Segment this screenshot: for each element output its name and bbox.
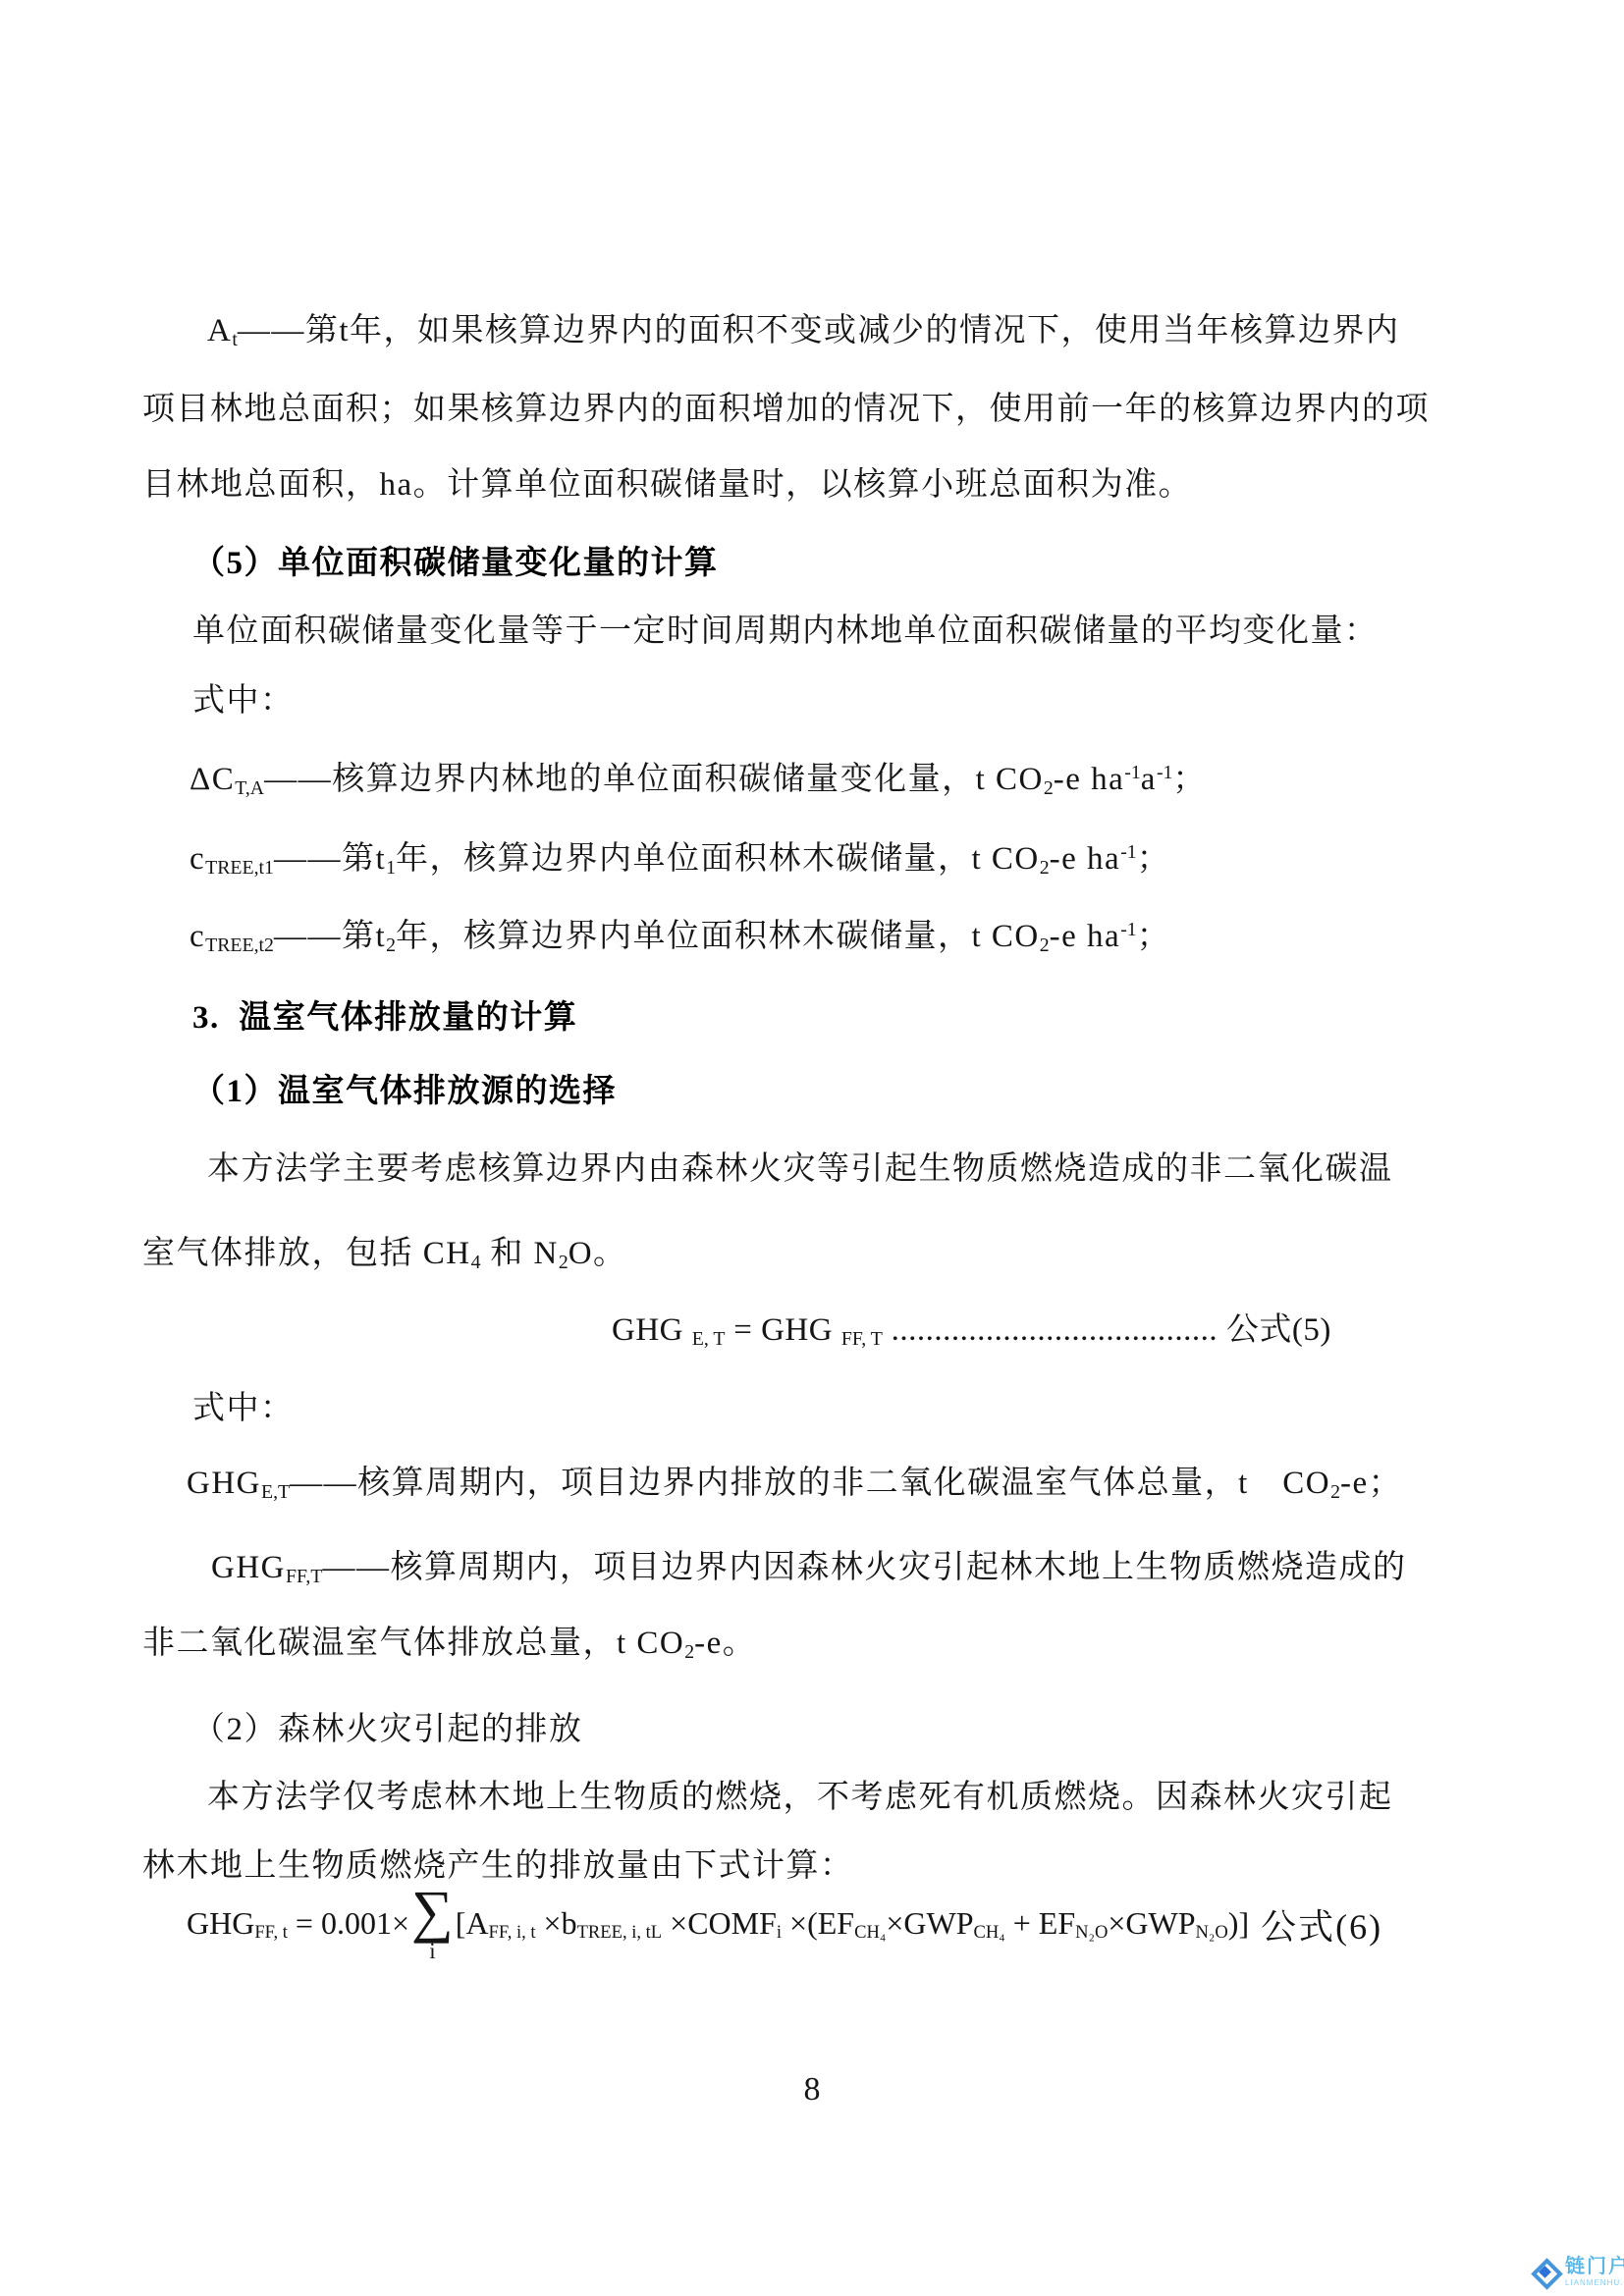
- variable-definition-line: GHGFF,T——核算周期内，项目边界内因森林火灾引起林木地上生物质燃烧造成的: [211, 1549, 1406, 1589]
- section-heading-3: 3. 温室气体排放量的计算: [192, 999, 577, 1039]
- summation-symbol: ∑ i: [411, 1887, 454, 1962]
- equation-6-lhs: GHGFF, t = 0.001×: [187, 1905, 409, 1944]
- document-page: At——第t年，如果核算边界内的面积不变或减少的情况下，使用当年核算边界内 项目…: [0, 0, 1624, 2296]
- variable-definition-line: GHGE,T——核算周期内，项目边界内排放的非二氧化碳温室气体总量，t CO2-…: [187, 1465, 1402, 1505]
- variable-definition-line: ΔCT,A——核算边界内林地的单位面积碳储量变化量，t CO2-e ha-1a-…: [189, 761, 1207, 801]
- paragraph-line: At——第t年，如果核算边界内的面积不变或减少的情况下，使用当年核算边界内: [207, 312, 1400, 352]
- paragraph-line: 本方法学仅考虑林木地上生物质的燃烧，不考虑死有机质燃烧。因森林火灾引起: [207, 1779, 1393, 1818]
- variable-definition-line: cTREE,t2——第t2年，核算边界内单位面积林木碳储量，t CO2-e ha…: [189, 918, 1170, 958]
- equation-6-label: 公式(6): [1261, 1899, 1382, 1949]
- subsection-heading-1: （1）温室气体排放源的选择: [192, 1073, 617, 1112]
- diamond-logo-icon: [1530, 2257, 1560, 2287]
- equation-6: GHGFF, t = 0.001× ∑ i [AFF, i, t ×bTREE,…: [187, 1887, 1382, 1962]
- paragraph-line: 单位面积碳储量变化量等于一定时间周期内林地单位面积碳储量的平均变化量：: [192, 613, 1379, 652]
- watermark-url-text: LIANMENHU.COM: [1565, 2278, 1624, 2287]
- formula-intro-label: 式中：: [192, 1390, 295, 1429]
- section-heading-5: （5）单位面积碳储量变化量的计算: [192, 545, 719, 584]
- variable-definition-line: 非二氧化碳温室气体排放总量，t CO2-e。: [142, 1625, 756, 1665]
- paragraph-line: 室气体排放，包括 CH4 和 N2O。: [142, 1235, 627, 1275]
- subsection-heading-2: （2）森林火灾引起的排放: [192, 1711, 583, 1750]
- watermark-logo: 链门户 LIANMENHU.COM: [1530, 2257, 1624, 2287]
- paragraph-line: 本方法学主要考虑核算边界内由森林火灾等引起生物质燃烧造成的非二氧化碳温: [207, 1150, 1393, 1190]
- paragraph-line: 项目林地总面积；如果核算边界内的面积增加的情况下，使用前一年的核算边界内的项: [142, 391, 1430, 430]
- paragraph-line: 目林地总面积，ha。计算单位面积碳储量时，以核算小班总面积为准。: [142, 466, 1192, 506]
- paragraph-line: 林木地上生物质燃烧产生的排放量由下式计算：: [142, 1847, 854, 1887]
- watermark-brand-text: 链门户: [1565, 2257, 1624, 2277]
- equation-5: GHG E, T = GHG FF, T ...................…: [612, 1311, 1331, 1352]
- page-number: 8: [0, 2071, 1624, 2109]
- variable-definition-line: cTREE,t1——第t1年，核算边界内单位面积林木碳储量，t CO2-e ha…: [189, 840, 1170, 881]
- equation-6-rhs: [AFF, i, t ×bTREE, i, tL ×COMFi ×(EFCH₄×…: [456, 1905, 1249, 1944]
- formula-intro-label: 式中：: [192, 682, 295, 721]
